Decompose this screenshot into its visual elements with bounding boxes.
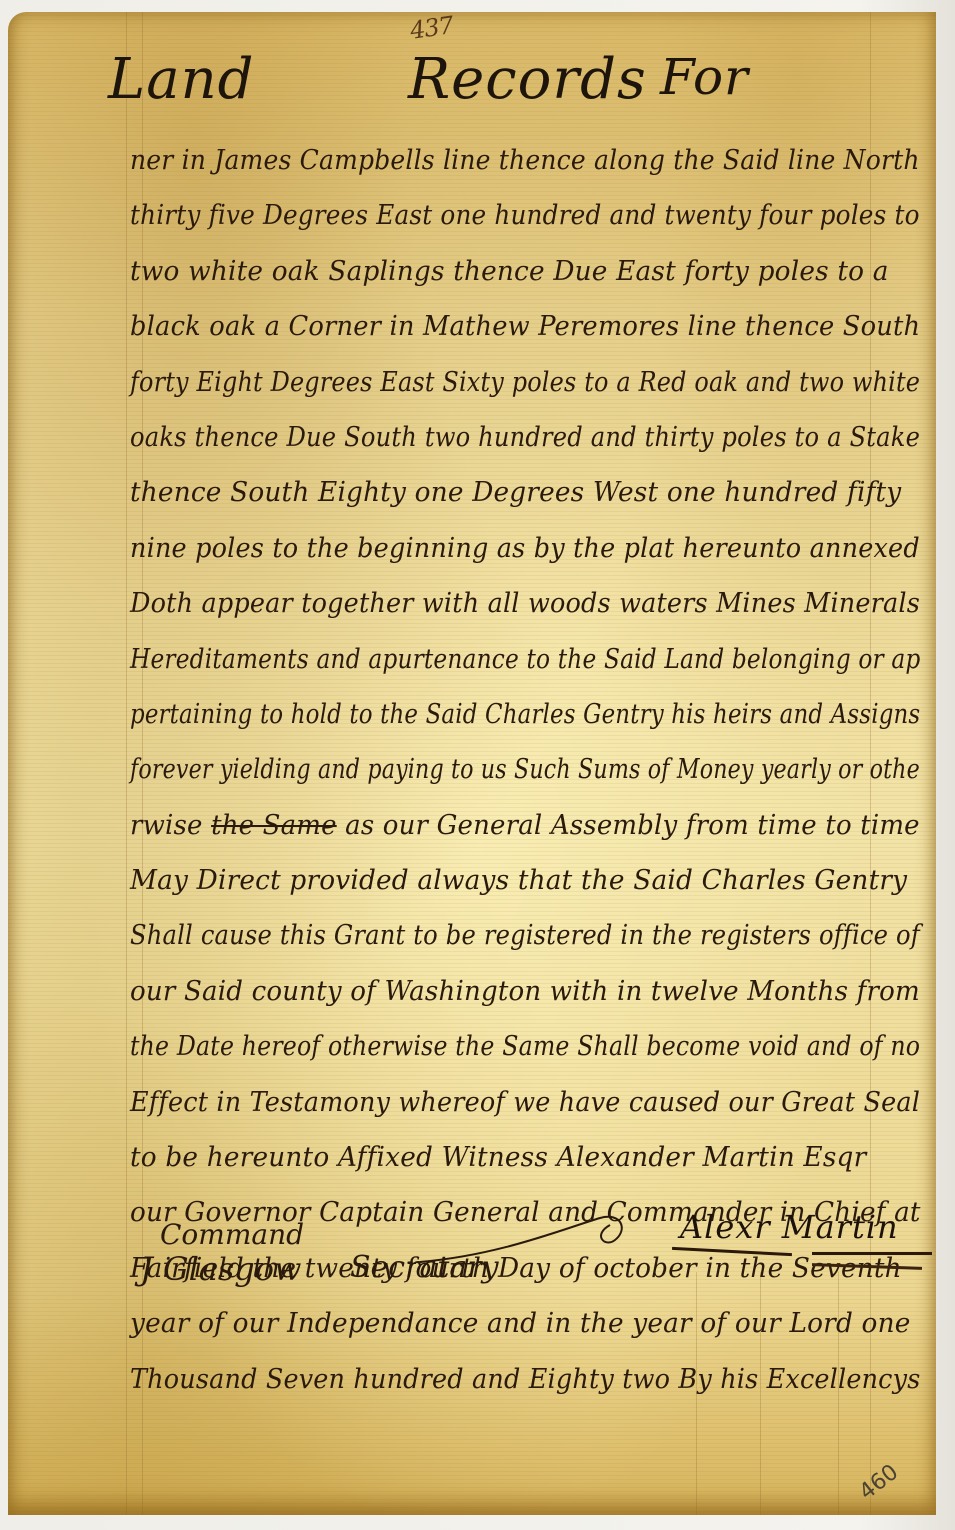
heading-records: Records xyxy=(408,52,647,108)
text-line: black oak a Corner in Mathew Peremores l… xyxy=(130,299,901,354)
text-line: Effect in Testamony whereof we have caus… xyxy=(130,1075,894,1130)
text-line: thirty five Degrees East one hundred and… xyxy=(130,188,871,243)
flourish-icon xyxy=(360,1200,660,1270)
text-line-with-strikeout: rwise the Same as our General Assembly f… xyxy=(130,798,909,853)
text-line: to be hereunto Affixed Witness Alexander… xyxy=(130,1130,920,1185)
governor-signature: Alexr Martin xyxy=(680,1208,899,1246)
text-line: our Said county of Washington with in tw… xyxy=(130,964,912,1019)
page-number-stamp: 437 xyxy=(408,11,454,45)
text-line: oaks thence Due South two hundred and th… xyxy=(130,410,855,465)
struck-out-text: the Same xyxy=(211,810,337,841)
text-line: Shall cause this Grant to be registered … xyxy=(130,908,856,963)
text-line: May Direct provided always that the Said… xyxy=(130,853,920,908)
heading-land: Land xyxy=(108,52,255,108)
text-line: year of our Independance and in the year… xyxy=(130,1296,920,1351)
text-line: the Date hereof otherwise the Same Shall… xyxy=(130,1019,839,1074)
text-line: thence South Eighty one Degrees West one… xyxy=(130,465,920,520)
text-line: nine poles to the beginning as by the pl… xyxy=(130,521,895,576)
text-line: forever yielding and paying to us Such S… xyxy=(130,742,795,797)
text-line: forty Eight Degrees East Sixty poles to … xyxy=(130,355,848,410)
text-line: Thousand Seven hundred and Eighty two By… xyxy=(130,1352,894,1407)
text-line: two white oak Saplings thence Due East f… xyxy=(130,244,920,299)
secretary-signature: J Glasgow xyxy=(140,1250,301,1288)
heading-for: For xyxy=(660,52,749,102)
text-line: Hereditaments and apurtenance to the Sai… xyxy=(130,632,828,687)
text-line: pertaining to hold to the Said Charles G… xyxy=(130,687,817,742)
command-label: Command xyxy=(160,1218,304,1251)
text-line: ner in James Campbells line thence along… xyxy=(130,133,881,188)
margin-rule-left xyxy=(126,12,127,1515)
signature-underline xyxy=(812,1252,932,1255)
text-line: Doth appear together with all woods wate… xyxy=(130,576,895,631)
